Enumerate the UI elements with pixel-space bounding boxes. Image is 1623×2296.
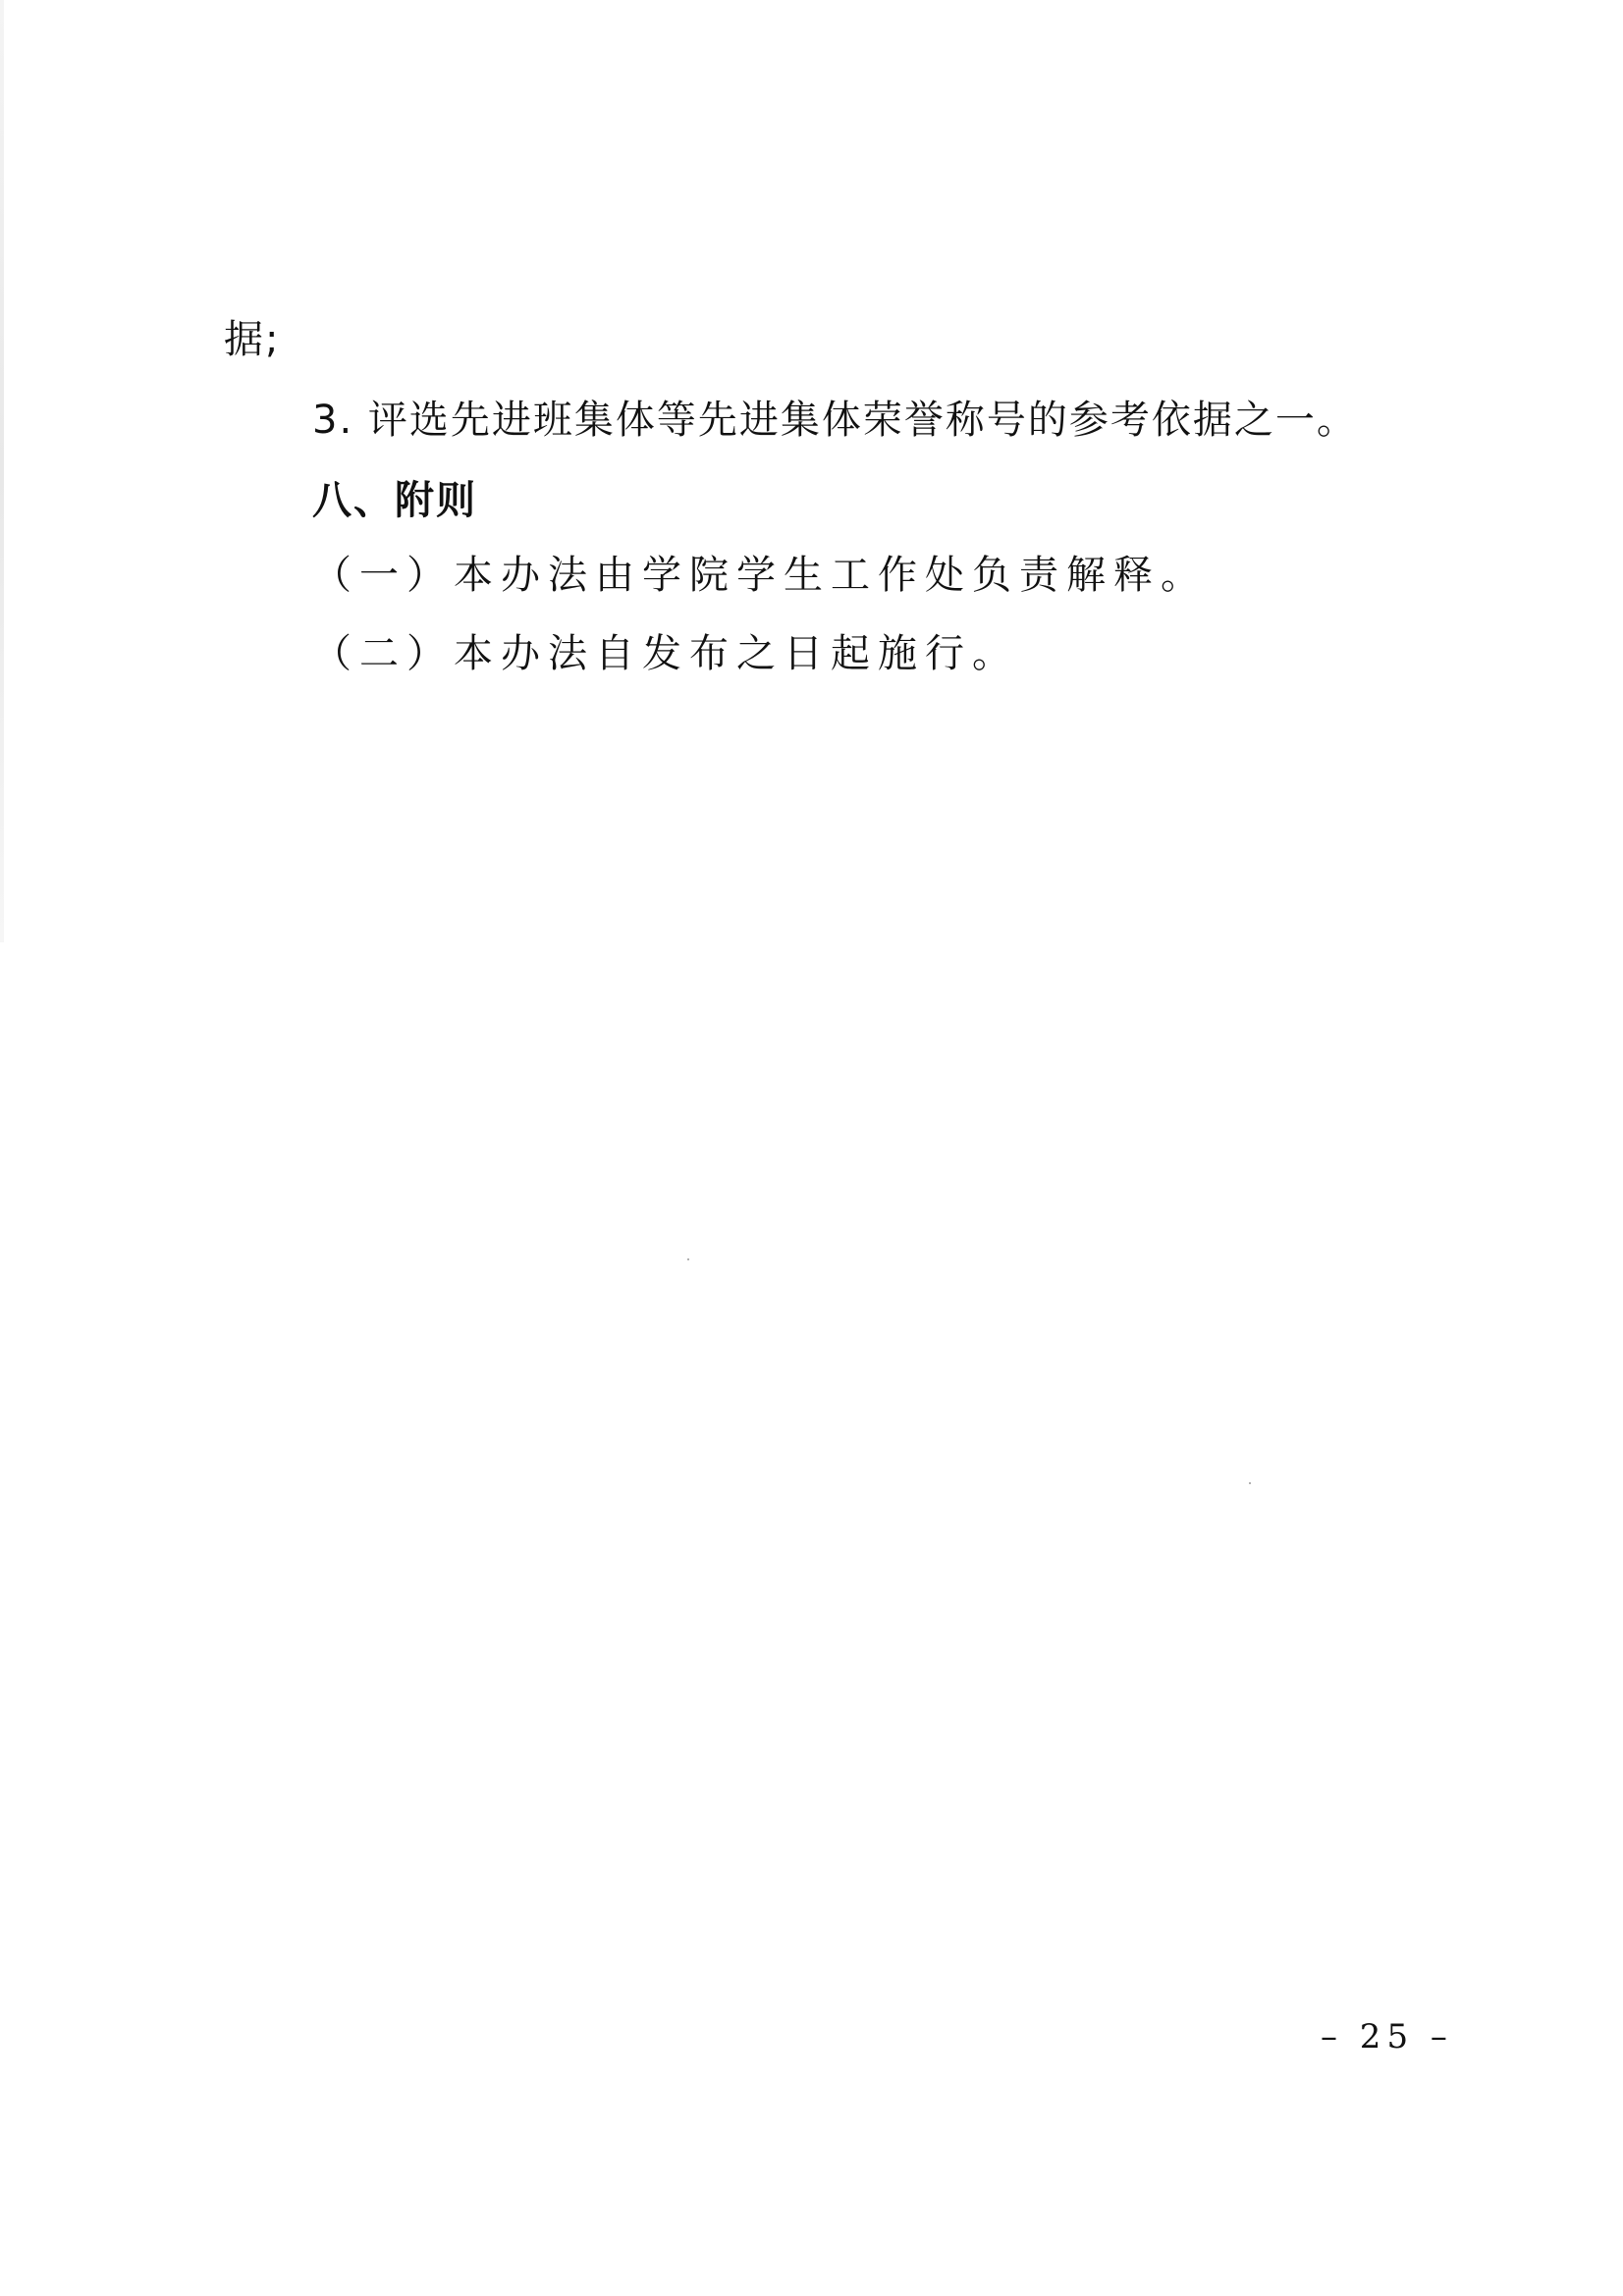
scan-edge-shadow	[0, 0, 4, 942]
scan-speck	[1249, 1482, 1251, 1484]
scan-speck	[687, 1258, 689, 1260]
list-item-3: 3. 评选先进班集体等先进集体荣誉称号的参考依据之一。	[312, 397, 1358, 444]
page-number: – 25 –	[1321, 2017, 1453, 2056]
clause-2: （二）本办法自发布之日起施行。	[312, 630, 1019, 677]
continuation-text: 据;	[224, 316, 280, 363]
section-heading-supplementary: 八、附则	[312, 477, 477, 524]
clause-1: （一）本办法由学院学生工作处负责解释。	[312, 552, 1208, 599]
